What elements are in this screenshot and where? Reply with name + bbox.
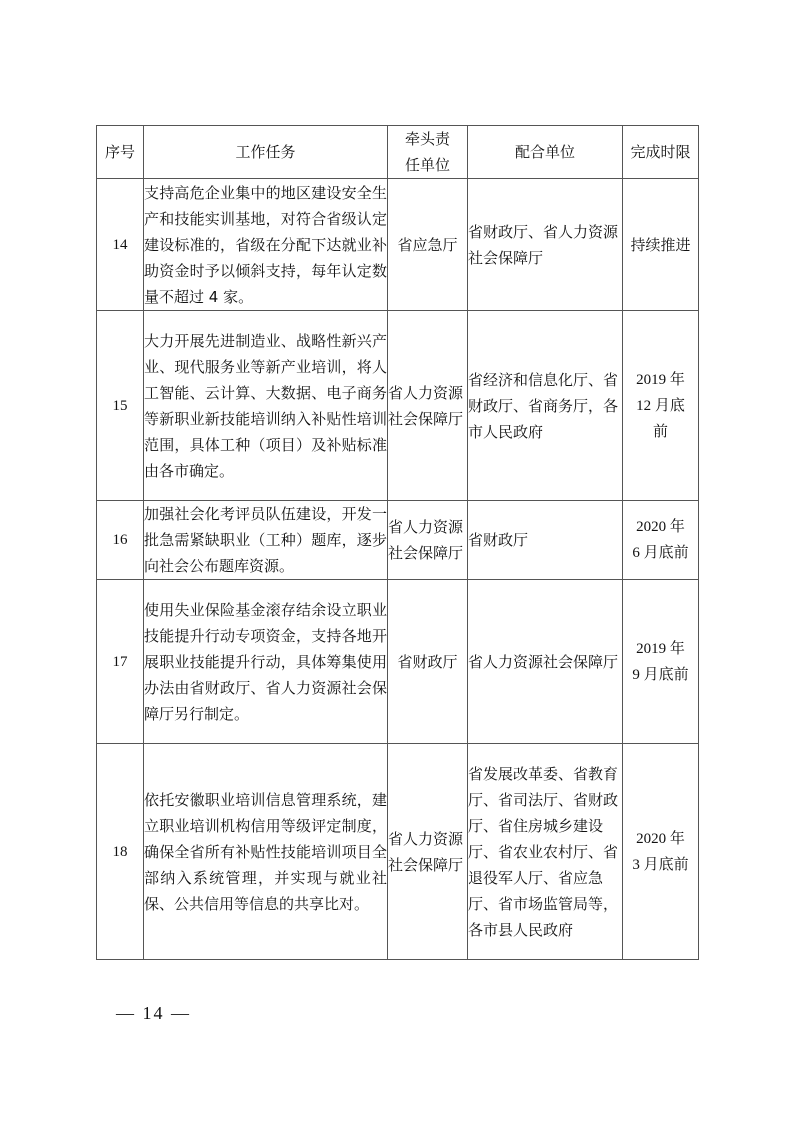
row-task: 依托安徽职业培训信息管理系统，建立职业培训机构信用等级评定制度，确保全省所有补贴… — [144, 744, 388, 960]
header-coop: 配合单位 — [468, 126, 623, 179]
row-deadline: 持续推进 — [623, 179, 699, 311]
row-deadline: 2019 年 12 月底前 — [623, 311, 699, 501]
table-row: 17 使用失业保险基金滚存结余设立职业技能提升行动专项资金，支持各地开展职业技能… — [97, 580, 699, 744]
page-number: — 14 — — [116, 1003, 191, 1024]
row-num: 15 — [97, 311, 144, 501]
table-row: 14 支持高危企业集中的地区建设安全生产和技能实训基地，对符合省级认定建设标准的… — [97, 179, 699, 311]
row-lead: 省人力资源社会保障厅 — [388, 744, 468, 960]
row-task: 大力开展先进制造业、战略性新兴产业、现代服务业等新产业培训，将人工智能、云计算、… — [144, 311, 388, 501]
table-row: 18 依托安徽职业培训信息管理系统，建立职业培训机构信用等级评定制度，确保全省所… — [97, 744, 699, 960]
table-header-row: 序号 工作任务 牵头责任单位 配合单位 完成时限 — [97, 126, 699, 179]
row-num: 16 — [97, 501, 144, 580]
row-deadline: 2020 年 6 月底前 — [623, 501, 699, 580]
row-num: 17 — [97, 580, 144, 744]
task-table: 序号 工作任务 牵头责任单位 配合单位 完成时限 14 支持高危企业集中的地区建… — [96, 125, 699, 960]
table-row: 16 加强社会化考评员队伍建设，开发一批急需紧缺职业（工种）题库，逐步向社会公布… — [97, 501, 699, 580]
row-num: 18 — [97, 744, 144, 960]
header-deadline: 完成时限 — [623, 126, 699, 179]
header-num: 序号 — [97, 126, 144, 179]
row-task: 加强社会化考评员队伍建设，开发一批急需紧缺职业（工种）题库，逐步向社会公布题库资… — [144, 501, 388, 580]
row-lead: 省财政厅 — [388, 580, 468, 744]
row-deadline: 2020 年 3 月底前 — [623, 744, 699, 960]
row-coop: 省财政厅、省人力资源社会保障厅 — [468, 179, 623, 311]
row-coop: 省发展改革委、省教育厅、省司法厅、省财政厅、省住房城乡建设厅、省农业农村厅、省退… — [468, 744, 623, 960]
row-coop: 省财政厅 — [468, 501, 623, 580]
row-deadline: 2019 年 9 月底前 — [623, 580, 699, 744]
table-row: 15 大力开展先进制造业、战略性新兴产业、现代服务业等新产业培训，将人工智能、云… — [97, 311, 699, 501]
row-num: 14 — [97, 179, 144, 311]
row-lead: 省人力资源社会保障厅 — [388, 311, 468, 501]
row-task: 使用失业保险基金滚存结余设立职业技能提升行动专项资金，支持各地开展职业技能提升行… — [144, 580, 388, 744]
header-task: 工作任务 — [144, 126, 388, 179]
header-lead: 牵头责任单位 — [388, 126, 468, 179]
row-task: 支持高危企业集中的地区建设安全生产和技能实训基地，对符合省级认定建设标准的，省级… — [144, 179, 388, 311]
row-coop: 省经济和信息化厅、省财政厅、省商务厅，各市人民政府 — [468, 311, 623, 501]
row-lead: 省人力资源社会保障厅 — [388, 501, 468, 580]
row-coop: 省人力资源社会保障厅 — [468, 580, 623, 744]
row-lead: 省应急厅 — [388, 179, 468, 311]
